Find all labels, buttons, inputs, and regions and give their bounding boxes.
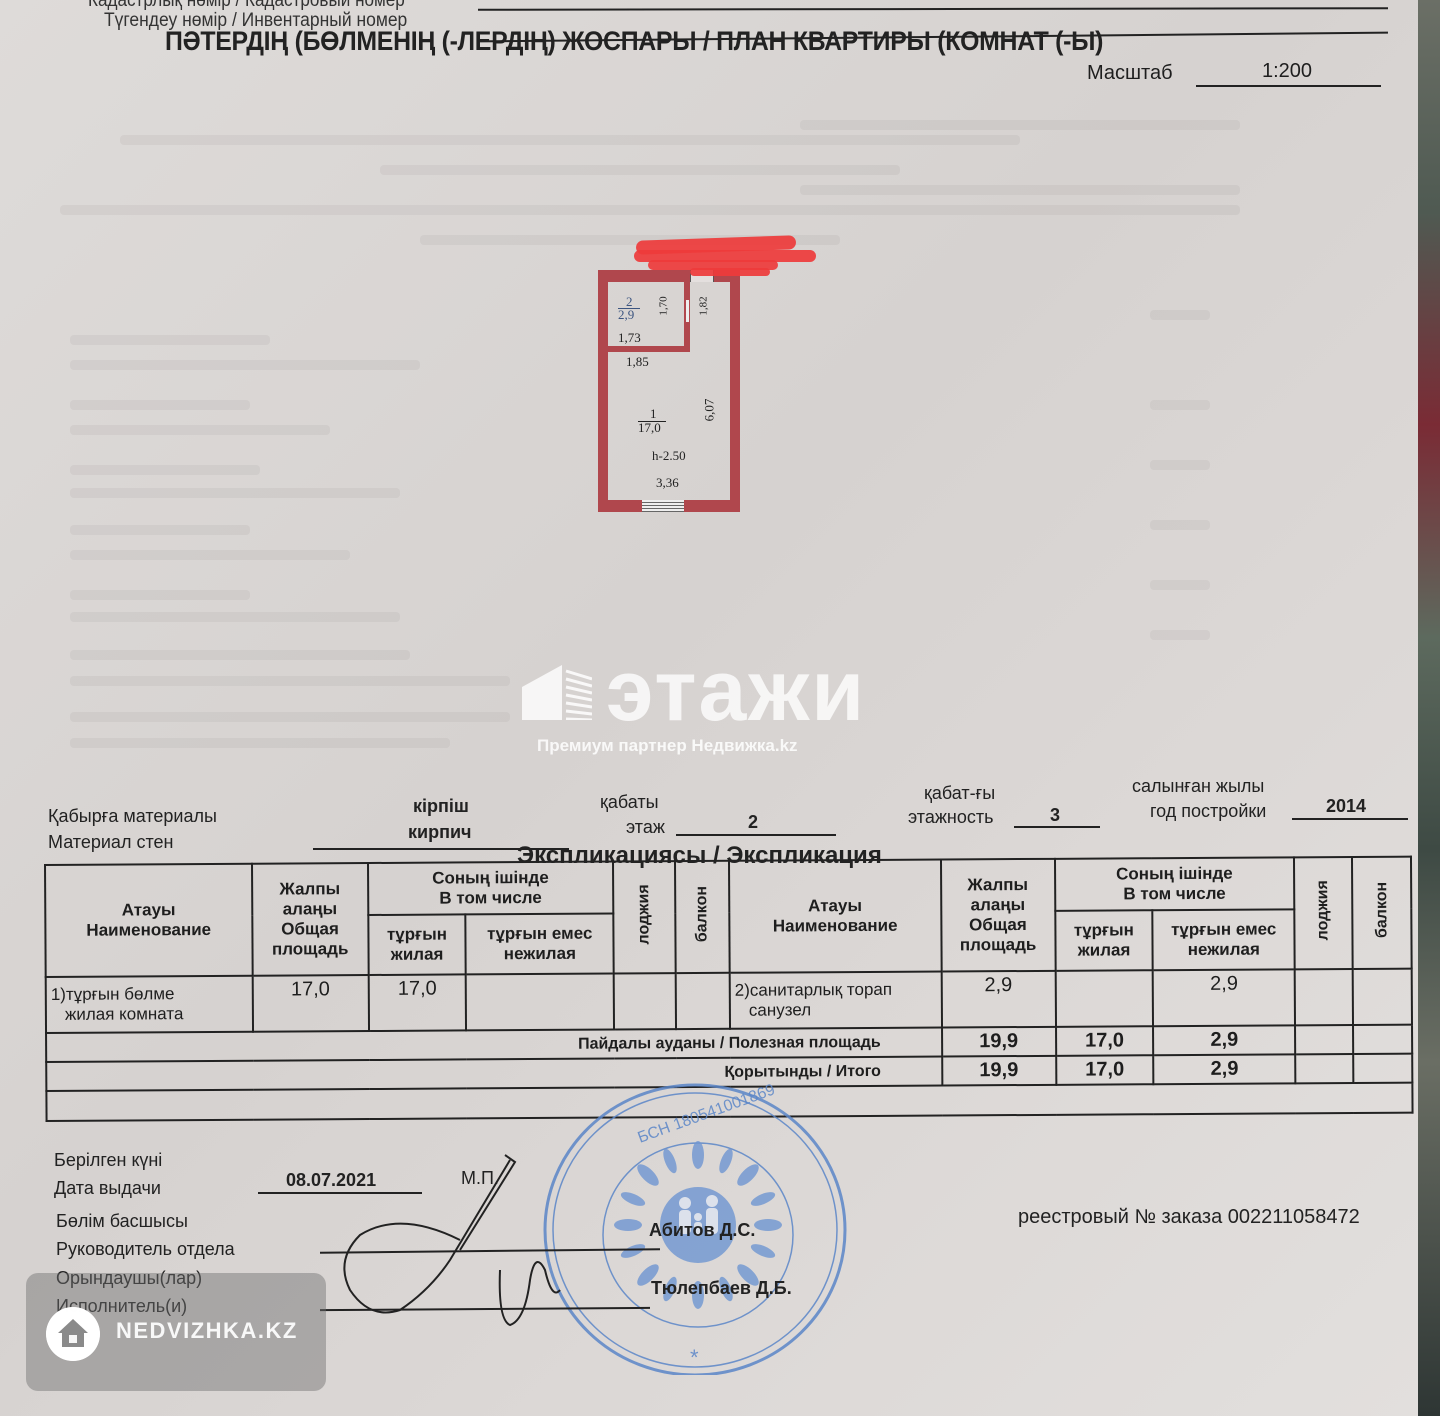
header-nonliving-2-ru: нежилая xyxy=(1158,939,1290,960)
wall-left xyxy=(598,270,608,512)
handwritten-signature xyxy=(330,1150,570,1330)
header-including: Соның ішіндеВ том числе xyxy=(368,862,614,915)
wall-bottom-right xyxy=(684,500,740,512)
wall-material-label-ru: Материал стен xyxy=(48,832,173,853)
header-total-ru2: площадь xyxy=(257,939,363,960)
table-row: 1)тұрғын бөлмежилая комната 17,0 17,0 2)… xyxy=(46,969,1412,1033)
dim-bath-height-a: 1,70 xyxy=(658,296,670,315)
header-including-2-kz: Соның ішінде xyxy=(1060,863,1290,884)
row-2-name-kz: 2)санитарлық торап xyxy=(735,980,937,1001)
room-2-area: 2,9 xyxy=(618,307,634,323)
row-1-loggia xyxy=(614,973,676,1029)
cadastral-number-line xyxy=(478,7,1388,11)
floor-line xyxy=(676,834,836,836)
header-loggia-text: лоджия xyxy=(635,885,653,945)
header-total-area-2: ЖалпыалаңыОбщаяплощадь xyxy=(941,859,1056,972)
floor-plan: 2 2,9 1,70 1,82 1,73 1,85 1 17,0 6,07 h-… xyxy=(598,270,740,512)
scale-line xyxy=(1196,85,1381,87)
row-1-total: 17,0 xyxy=(252,975,368,1032)
row-2-living xyxy=(1055,970,1153,1027)
header-name-2-ru: Наименование xyxy=(734,916,936,937)
header-total-ru1: Общая xyxy=(257,919,363,940)
header-including-ru: В том числе xyxy=(373,888,609,909)
header-total-2-kz2: алаңы xyxy=(946,895,1050,916)
header-including-2-ru: В том числе xyxy=(1060,883,1290,904)
row-1-balcony xyxy=(676,973,730,1029)
home-icon xyxy=(46,1307,100,1361)
issue-date-label-ru: Дата выдачи xyxy=(54,1178,161,1199)
header-loggia-2: лоджия xyxy=(1294,857,1353,969)
dim-bath-width: 1,73 xyxy=(618,330,641,346)
dim-room-length: 6,07 xyxy=(701,399,717,422)
row-2-nonliving: 2,9 xyxy=(1153,969,1295,1026)
watermark-brand: этажи xyxy=(606,642,866,741)
header-total-area: ЖалпыалаңыОбщаяплощадь xyxy=(252,863,369,976)
floors-total-value: 3 xyxy=(1050,805,1060,826)
header-living-ru: жилая xyxy=(373,944,461,965)
floors-total-line xyxy=(1014,826,1100,828)
header-loggia-2-text: лоджия xyxy=(1314,881,1332,941)
header-nonliving: тұрғын емеснежилая xyxy=(466,914,614,975)
header-nonliving-2: тұрғын емеснежилая xyxy=(1153,909,1295,970)
header-total-kz1: Жалпы xyxy=(257,879,363,900)
registry-value: 002211058472 xyxy=(1228,1206,1360,1228)
background-carpet xyxy=(1418,0,1440,1416)
executor-name: Тюлепбаев Д.Б. xyxy=(651,1278,792,1299)
page-title: ПӘТЕРДІҢ (БӨЛМЕНІҢ (-ЛЕРДІҢ) ЖОСПАРЫ / П… xyxy=(165,26,1103,57)
header-living-kz: тұрғын xyxy=(373,924,461,945)
wall-bathroom-bottom xyxy=(598,346,690,352)
row-1-name-kz: 1)тұрғын бөлме xyxy=(51,984,248,1005)
header-balcony-2: балкон xyxy=(1352,857,1412,969)
header-living-2: тұрғынжилая xyxy=(1055,910,1153,971)
watermark-subtitle: Премиум партнер Недвижка.kz xyxy=(537,736,798,756)
row-2-name-ru: санузел xyxy=(735,1000,937,1021)
entrance-stairs xyxy=(642,500,684,512)
scale-value: 1:200 xyxy=(1262,60,1312,83)
header-total-2-ru2: площадь xyxy=(946,935,1050,956)
header-name-ru: Наименование xyxy=(50,920,247,941)
header-nonliving-2-kz: тұрғын емес xyxy=(1158,919,1290,940)
registry-label-text: реестровый № заказа xyxy=(1018,1206,1222,1228)
header-name-kz: Атауы xyxy=(50,900,247,921)
row-2-loggia xyxy=(1295,969,1353,1025)
wall-material-value-kz: кірпіш xyxy=(413,796,469,817)
row-1-name: 1)тұрғын бөлмежилая комната xyxy=(46,976,253,1033)
scale-label: Масштаб xyxy=(1087,62,1173,85)
year-line xyxy=(1292,818,1408,820)
header-loggia: лоджия xyxy=(613,861,676,973)
header-living: тұрғынжилая xyxy=(368,914,466,975)
redaction-mark xyxy=(690,268,770,276)
floor-value: 2 xyxy=(748,812,758,833)
header-including-kz: Соның ішінде xyxy=(373,868,609,889)
header-living-2-ru: жилая xyxy=(1060,940,1148,961)
dim-corridor-width: 1,85 xyxy=(626,354,649,370)
year-label-ru: год постройки xyxy=(1150,801,1266,822)
header-nonliving-ru: нежилая xyxy=(471,944,609,965)
header-balcony-text: балкон xyxy=(693,886,711,942)
total-living: 17,0 xyxy=(1056,1055,1154,1085)
row-1-living: 17,0 xyxy=(368,974,466,1031)
wall-material-label-kz: Қабырға материалы xyxy=(48,806,217,827)
total-nonliving: 2,9 xyxy=(1154,1054,1296,1084)
floors-total-label-ru: этажность xyxy=(908,807,993,828)
head-name: Абитов Д.С. xyxy=(649,1220,755,1241)
head-label-ru: Руководитель отдела xyxy=(56,1239,235,1260)
header-balcony-2-text: балкон xyxy=(1373,882,1391,938)
total-balcony xyxy=(1353,1054,1412,1083)
floor-label-ru: этаж xyxy=(626,817,665,838)
year-value: 2014 xyxy=(1326,796,1366,817)
header-name-2-kz: Атауы xyxy=(734,896,936,917)
useful-balcony xyxy=(1353,1025,1412,1054)
header-living-2-kz: тұрғын xyxy=(1060,920,1148,941)
head-label-kz: Бөлім басшысы xyxy=(56,1211,188,1232)
header-balcony: балкон xyxy=(675,861,730,973)
bathroom-door xyxy=(686,300,689,322)
stamp-star: * xyxy=(690,1345,699,1370)
wall-bottom-left xyxy=(598,500,642,512)
nedvizhka-badge-text: NEDVIZHKA.KZ xyxy=(116,1318,298,1344)
useful-nonliving: 2,9 xyxy=(1153,1025,1295,1055)
dim-room-width: 3,36 xyxy=(656,475,679,491)
floor-label-kz: қабаты xyxy=(600,792,659,813)
header-name: АтауыНаименование xyxy=(45,864,252,977)
useful-living: 17,0 xyxy=(1056,1026,1154,1056)
header-including-2: Соның ішіндеВ том числе xyxy=(1055,857,1295,910)
useful-loggia xyxy=(1295,1025,1353,1054)
ceiling-height: h-2.50 xyxy=(652,448,686,464)
registry-label: реестровый № заказа 002211058472 xyxy=(1018,1206,1360,1229)
row-2-total: 2,9 xyxy=(941,971,1055,1028)
wall-right xyxy=(730,270,740,512)
header-name-2: АтауыНаименование xyxy=(729,860,941,973)
row-2-balcony xyxy=(1353,969,1412,1025)
floors-total-label-kz: қабат-ғы xyxy=(924,783,995,804)
building-logo-icon xyxy=(522,665,592,720)
total-total: 19,9 xyxy=(942,1056,1056,1086)
total-loggia xyxy=(1295,1054,1353,1083)
year-label-kz: салынған жылы xyxy=(1132,776,1264,797)
dim-bath-height-b: 1,82 xyxy=(698,296,710,315)
useful-total: 19,9 xyxy=(942,1027,1056,1057)
wall-material-value-ru: кирпич xyxy=(408,822,471,843)
header-total-2-kz1: Жалпы xyxy=(946,875,1050,896)
row-1-name-ru: жилая комната xyxy=(51,1004,248,1025)
row-2-name: 2)санитарлық торапсанузел xyxy=(730,972,942,1029)
header-nonliving-kz: тұрғын емес xyxy=(471,924,609,945)
document-page: Кадастрлық нөмір / Кадастровый номер Түг… xyxy=(0,0,1418,1416)
header-total-2-ru1: Общая xyxy=(946,915,1050,936)
room-1-area: 17,0 xyxy=(638,420,661,436)
issue-date-label-kz: Берілген күні xyxy=(54,1150,162,1171)
row-1-nonliving xyxy=(466,974,614,1031)
header-total-kz2: алаңы xyxy=(257,899,363,920)
